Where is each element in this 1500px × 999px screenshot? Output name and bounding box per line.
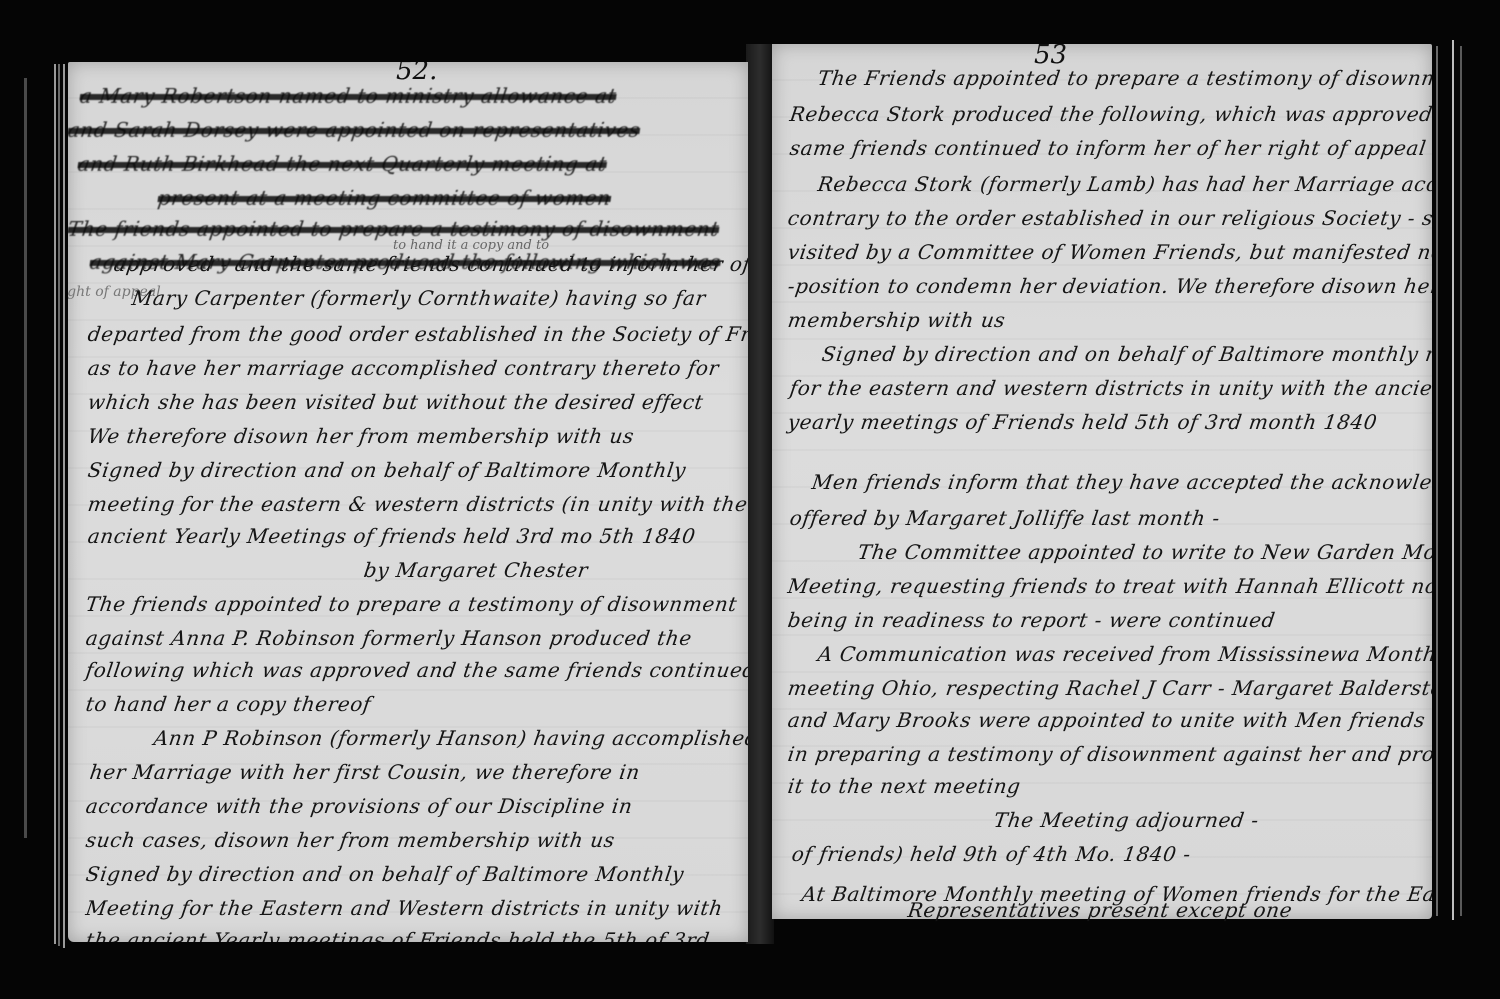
left-page: 52. a Mary Robertson named to ministry a…	[68, 62, 748, 942]
book-spine	[746, 44, 774, 944]
text-line: Signed by direction and on behalf of Bal…	[84, 862, 685, 886]
interlinear-note: to hand it a copy and to	[393, 238, 549, 253]
text-line: The Committee appointed to write to New …	[856, 540, 1432, 564]
text-line: visited by a Committee of Women Friends,…	[786, 240, 1432, 264]
text-line: meeting for the eastern & western distri…	[86, 492, 748, 516]
text-line: approved - and the same friends continue…	[112, 252, 748, 276]
left-leaf-edge	[58, 64, 60, 946]
struck-line: and Ruth Birkhead the next Quarterly mee…	[76, 152, 608, 176]
text-line: which she has been visited but without t…	[86, 390, 705, 414]
text-line: Ann P Robinson (formerly Hanson) having …	[152, 726, 748, 750]
manuscript-scan: 52. a Mary Robertson named to ministry a…	[0, 0, 1500, 999]
text-line: following which was approved and the sam…	[84, 658, 748, 682]
text-line: being in readiness to report - were cont…	[786, 608, 1277, 632]
text-line: ancient Yearly Meetings of friends held …	[86, 524, 697, 548]
text-line: membership with us	[786, 308, 1007, 332]
text-line: departed from the good order established…	[86, 322, 748, 346]
text-line: offered by Margaret Jolliffe last month …	[788, 506, 1221, 530]
text-line: The friends appointed to prepare a testi…	[84, 592, 739, 616]
text-line: in preparing a testimony of disownment a…	[786, 742, 1432, 766]
text-line: Meeting for the Eastern and Western dist…	[84, 896, 724, 920]
text-line: -position to condemn her deviation. We t…	[786, 274, 1432, 298]
struck-line: and Sarah Dorsey were appointed on repre…	[68, 118, 642, 142]
text-line: the ancient Yearly meetings of Friends h…	[84, 928, 711, 942]
text-line: contrary to the order established in our…	[786, 206, 1432, 230]
text-line: Men friends inform that they have accept…	[810, 470, 1432, 494]
text-line: as to have her marriage accomplished con…	[86, 356, 720, 380]
right-leaf-edge	[1452, 40, 1454, 920]
text-line: Signed by direction and on behalf of Bal…	[86, 458, 687, 482]
text-line: Mary Carpenter (formerly Cornthwaite) ha…	[130, 286, 707, 310]
text-line: meeting Ohio, respecting Rachel J Carr -…	[786, 676, 1432, 700]
text-line: such cases, disown her from membership w…	[84, 828, 616, 852]
right-leaf-edge	[1436, 46, 1438, 916]
text-line: Representatives present except one	[906, 898, 1294, 922]
text-line: We therefore disown her from membership …	[86, 424, 635, 448]
right-leaf-edge	[1460, 46, 1462, 916]
text-line: and Mary Brooks were appointed to unite …	[786, 708, 1427, 732]
text-line: Rebecca Stork (formerly Lamb) has had he…	[816, 172, 1432, 196]
left-leaf-edge	[63, 64, 65, 948]
page-number: 52.	[396, 62, 437, 86]
right-page: 53 The Friends appointed to prepare a te…	[772, 44, 1432, 919]
left-leaf-edge	[54, 64, 56, 944]
adjournment-line: The Meeting adjourned -	[992, 808, 1260, 832]
text-line: Meeting, requesting friends to treat wit…	[786, 574, 1432, 598]
struck-line: present at a meeting committee of women	[156, 186, 612, 210]
text-line: same friends continued to inform her of …	[788, 136, 1432, 160]
text-line: for the eastern and western districts in…	[788, 376, 1432, 400]
text-line: it to the next meeting	[786, 774, 1022, 798]
text-line: The Friends appointed to prepare a testi…	[816, 66, 1432, 90]
left-book-edge	[24, 78, 27, 838]
signature-line: by Margaret Chester	[362, 558, 589, 582]
text-line: A Communication was received from Missis…	[816, 642, 1432, 666]
struck-line: a Mary Robertson named to ministry allow…	[78, 84, 618, 108]
text-line: against Anna P. Robinson formerly Hanson…	[84, 626, 693, 650]
text-line: accordance with the provisions of our Di…	[84, 794, 634, 818]
text-line: yearly meetings of Friends held 5th of 3…	[786, 410, 1379, 434]
text-line: to hand her a copy thereof	[84, 692, 372, 716]
text-line: of friends) held 9th of 4th Mo. 1840 -	[790, 842, 1192, 866]
text-line: Signed by direction and on behalf of Bal…	[820, 342, 1432, 366]
text-line: Rebecca Stork produced the following, wh…	[788, 102, 1432, 126]
text-line: her Marriage with her first Cousin, we t…	[88, 760, 641, 784]
